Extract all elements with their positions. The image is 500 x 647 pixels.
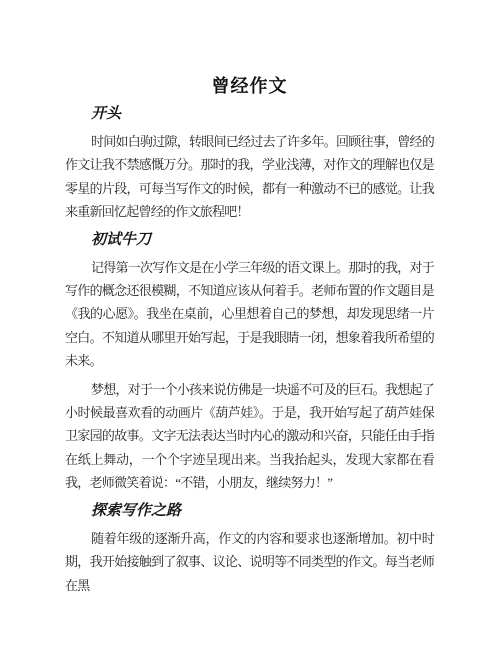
- section-heading-first-attempt: 初试牛刀: [65, 232, 434, 248]
- section-heading-opening: 开头: [65, 106, 434, 122]
- paragraph-first-attempt-2: 梦想，对于一个小孩来说仿佛是一块遥不可及的巨石。我想起了小时候最喜欢看的动画片《…: [65, 378, 434, 495]
- paragraph-first-attempt-1: 记得第一次写作文是在小学三年级的语文课上。那时的我，对于写作的概念还很模糊，不知…: [65, 256, 434, 373]
- paragraph-opening-1: 时间如白驹过隙，转眼间已经过去了许多年。回顾往事，曾经的作文让我不禁感慨万分。那…: [65, 130, 434, 224]
- paragraph-exploring-writing-1: 随着年级的逐渐升高，作文的内容和要求也逐渐增加。初中时期，我开始接触到了叙事、议…: [65, 527, 434, 597]
- document-title: 曾经作文: [65, 76, 434, 96]
- document-page: 曾经作文 开头 时间如白驹过隙，转眼间已经过去了许多年。回顾往事，曾经的作文让我…: [0, 0, 500, 647]
- section-heading-exploring-writing: 探索写作之路: [65, 503, 434, 519]
